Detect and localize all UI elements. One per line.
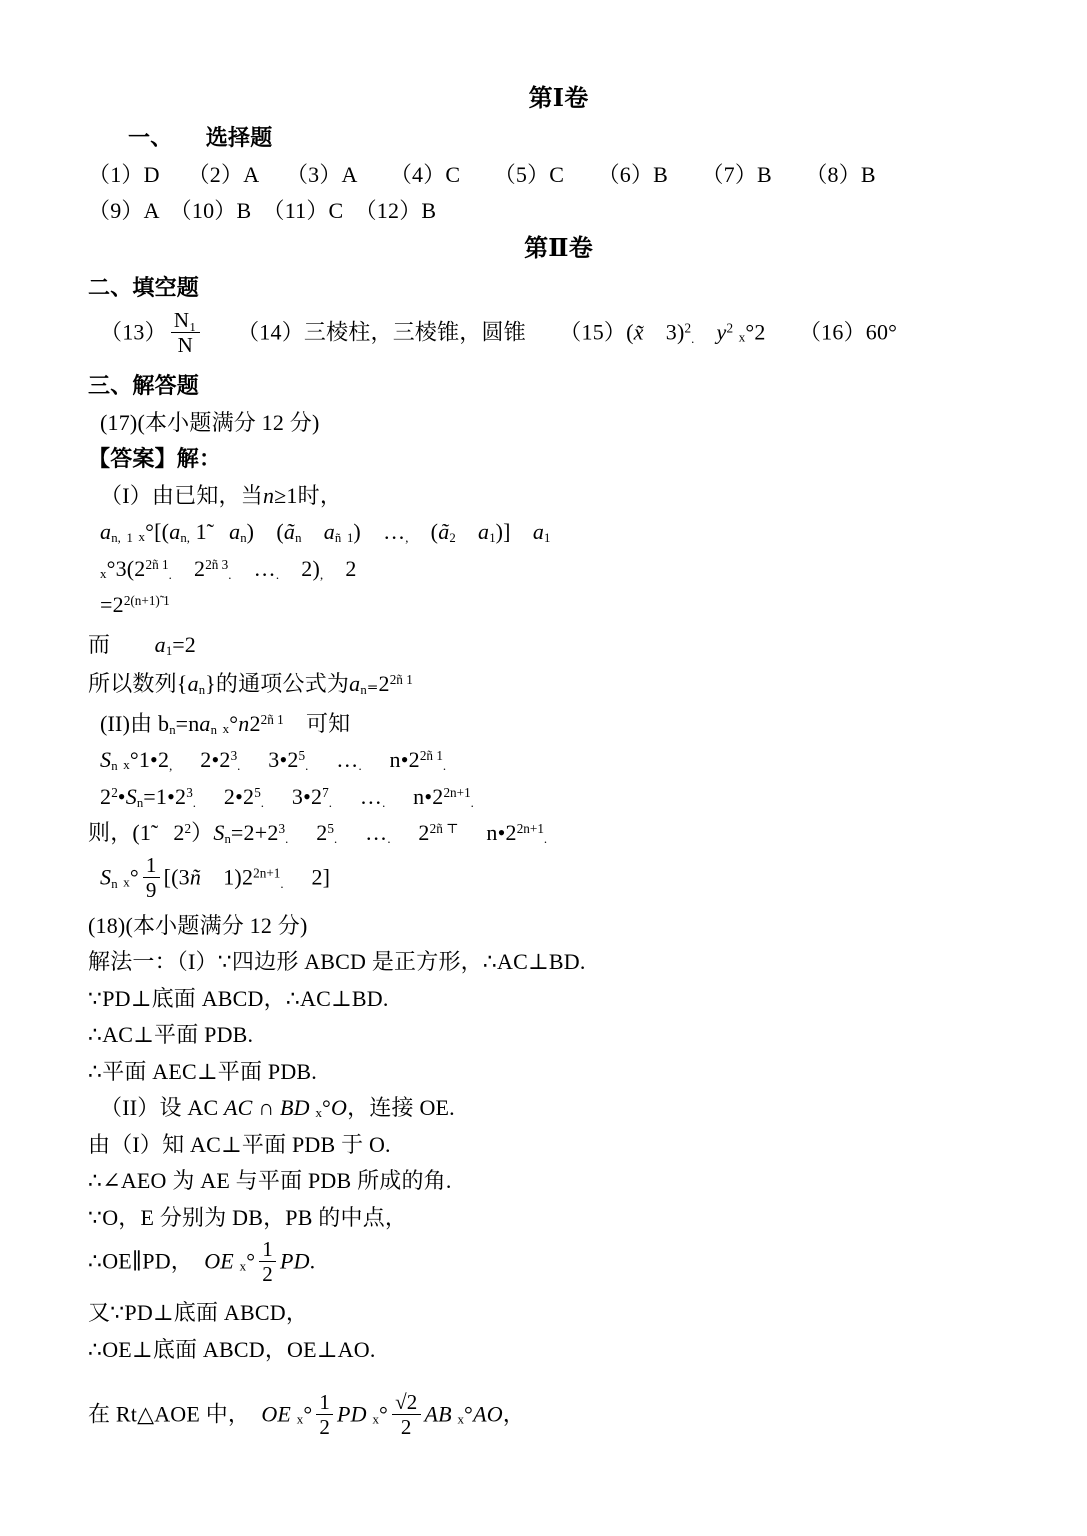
q17-formula-1: an, 1 ₓ°[(an, 1̃ an) (ãn añ 1) …, (ã2 a1…	[88, 518, 1029, 546]
q17-sn-line: Sn ₓ°1•2, 2•23. 3•25. …. n•22ñ 1.	[88, 746, 1029, 774]
fill-blank-answers: （13）N₁N （14）三棱柱，三棱锥，圆锥 （15）(x̃ 3)2. y2 ₓ…	[88, 311, 1029, 358]
q18-line-9: ∴OE∥PD， OE ₓ°12PD.	[88, 1240, 1029, 1287]
q18-line-10: 又∵PD⊥底面 ABCD，	[88, 1299, 1029, 1327]
q18-line-3: ∴AC⊥平面 PDB.	[88, 1021, 1029, 1049]
q18-line-12: 在 Rt△AOE 中， OE ₓ°12PD ₓ°√22AB ₓ°AO，	[88, 1393, 1029, 1440]
q17-part2-intro: (II)由 bn=nan ₓ°n22ñ 1 可知	[88, 710, 1029, 738]
q18-line-7: ∴∠AEO 为 AE 与平面 PDB 所成的角.	[88, 1167, 1029, 1195]
document-body: 第Ⅰ卷一、 选择题（1）D （2）A （3）A （4）C （5）C （6）B （…	[88, 84, 1029, 1440]
q18-line-11: ∴OE⊥底面 ABCD，OE⊥AO.	[88, 1336, 1029, 1364]
fraction: 12	[259, 1238, 276, 1285]
fill-blank-heading: 二、填空题	[88, 274, 1029, 302]
answer-label: 【答案】解：	[88, 445, 1029, 473]
q18-line-1: 解法一：（I）∵四边形 ABCD 是正方形，∴AC⊥BD.	[88, 948, 1029, 976]
q17-a1-line: 而 a1=2	[88, 631, 1029, 659]
q18-line-6: 由（I）知 AC⊥平面 PDB 于 O.	[88, 1131, 1029, 1159]
q18-line-5: （II）设 AC AC ∩ BD ₓ°O，连接 OE.	[88, 1094, 1029, 1122]
q17-general-term: 所以数列{an}的通项公式为an₌22ñ 1	[88, 670, 1029, 698]
q18-line-2: ∵PD⊥底面 ABCD，∴AC⊥BD.	[88, 985, 1029, 1013]
q17-result-line: Sn ₓ°19[(3ñ 1)22n+1. 2]	[88, 856, 1029, 903]
q17-header: (17)(本小题满分 12 分)	[88, 409, 1029, 437]
q17-2sn-line: 22•Sn=1•23. 2•25. 3•27. …. n•22n+1.	[88, 783, 1029, 811]
part2-title: 第Ⅱ卷	[88, 234, 1029, 264]
part1-title: 第Ⅰ卷	[88, 84, 1029, 114]
q17-formula-2: ₓ°3(22ñ 1. 22ñ 3. …. 2), 2	[88, 555, 1029, 583]
mc-answers-row-2: （9）A （10）B （11）C （12）B	[88, 197, 1029, 225]
q18-line-4: ∴平面 AEC⊥平面 PDB.	[88, 1058, 1029, 1086]
fraction: 19	[143, 854, 160, 901]
choice-heading: 一、 选择题	[88, 124, 1029, 152]
q17-formula-3: =22(n+1)̃ 1	[88, 591, 1029, 619]
document-page: 第Ⅰ卷一、 选择题（1）D （2）A （3）A （4）C （5）C （6）B （…	[0, 0, 1087, 1536]
q17-subtract-line: 则，(1̃ 22）Sn=2+23. 25. …. 22ñ ⊤ n•22n+1.	[88, 819, 1029, 847]
fraction: N₁N	[171, 309, 200, 356]
mc-answers-row-1: （1）D （2）A （3）A （4）C （5）C （6）B （7）B （8）B	[88, 161, 1029, 189]
solution-heading: 三、解答题	[88, 372, 1029, 400]
q18-line-8: ∵O，E 分别为 DB，PB 的中点，	[88, 1204, 1029, 1232]
q18-header: (18)(本小题满分 12 分)	[88, 912, 1029, 940]
q17-part1-intro: （I）由已知，当n≥1时，	[88, 482, 1029, 510]
fraction: √22	[392, 1391, 420, 1438]
fraction: 12	[316, 1391, 333, 1438]
